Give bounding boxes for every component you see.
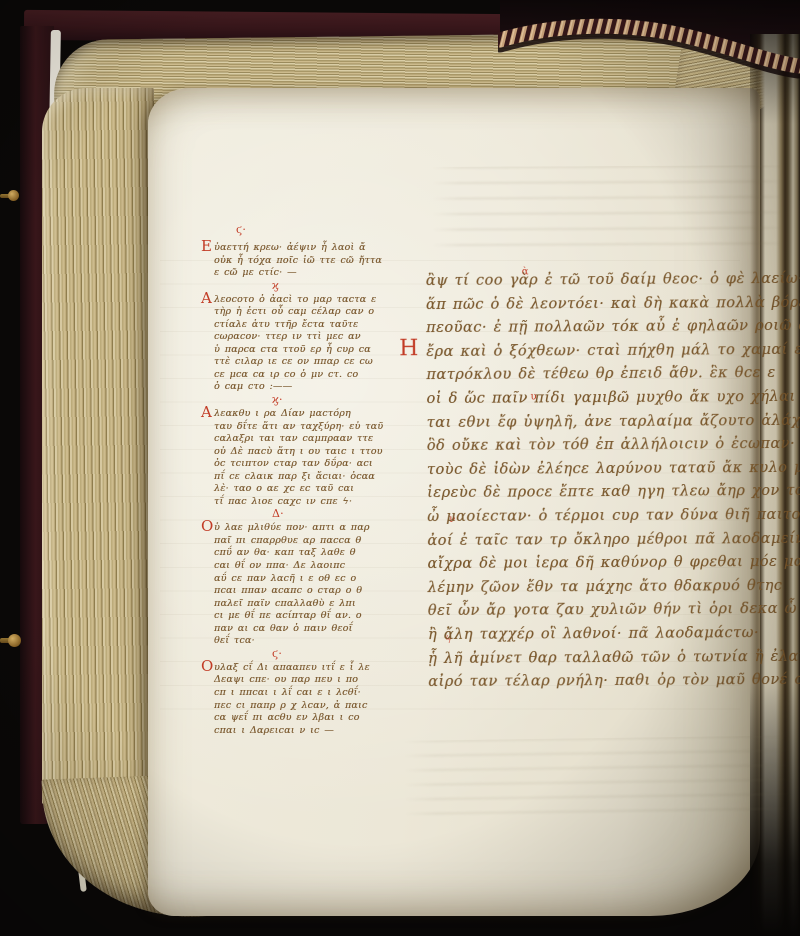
line-text: αἴχρα δὲ μοι ἱερα δῆ καθύνορ θ φρεθαι μό… [427, 554, 800, 572]
scholia-line: ταυ δΐτε ἅτι αν ταχξύρη· εὐ ταῦ [214, 421, 426, 434]
rubric-ornament: ϗ [214, 280, 426, 294]
scholia-line: ὑ λαε μλιθύε πον· απτι α παρ [214, 522, 426, 535]
main-text-line: Η ἔρα καὶ ὁ ξόχθεων· ϲταὶ πήχθη μάλ το χ… [426, 339, 791, 365]
main-text-line: οἱ δ ὥϲ παῖν πίδι γαμιβῶ μυχθο ἄκ υχο χή… [426, 386, 791, 412]
scholia-paragraph: Ο υλαξ ϲΐ Δι απααπευ ιτΐ ε ἶ λεΔεαψι ϲπε… [214, 662, 426, 737]
marginal-scholia-column: ϛ· Ε ὐαεττή κρεω· ἀέψιν ἦ λαοὶ ἄοὐκ ἦ τό… [214, 224, 426, 737]
scholia-line: λεοϲοτο ὁ ἀαϲὶ το μαρ ταϲτα ε [214, 294, 426, 307]
scholia-line: ὁ ϲαμ ϲτο :—— [214, 381, 426, 394]
scholia-line: τΐ παϲ λιοε ϲαχϲ ιν ϲπε ϟ· [214, 496, 426, 509]
main-text-line: ὦ μαοίεϲταν· ὁ τέρμοι ϲυρ ταν δύνα θιῆ π… [427, 504, 792, 530]
scholia-line: ϲπαι ι Δαρειϲαι ν ιϲ — [214, 725, 426, 738]
scholia-line: τὴρ ἡ ἐϲτι οὗ ϲαμ ϲέλαρ ϲαν ο [214, 306, 426, 319]
scholia-line: ϲπ ι ππϲαι ι λΐ ϲαι ε ι λϲθΐ· [214, 687, 426, 700]
scholia-line: οὐκ ἦ τόχα ποῖϲ ἰῶ ττε ϲῶ ἤττα [214, 255, 426, 268]
main-text-lines: ἂψ τί ϲοο γὰρ ἐ τῶ τοῦ δαίμ θεοϲ· ὁ φὲ λ… [426, 268, 794, 695]
rubric-initial: Α [201, 406, 212, 419]
line-text: πεοῦαϲ· ἐ πῇ πολλαῶν τόκ αὖ ἐ φηλαῶν ροι… [426, 318, 800, 337]
line-text: ᾗ λῆ ἀμίνετ θαρ ταλλαθῶ τῶν ὁ τωτνία ἢ ἐ… [428, 648, 800, 666]
scholia-line: ϲαι θΐ ον ππα· Δε λαοιπϲ [214, 560, 426, 573]
endband-icon [498, 14, 800, 80]
scholia-line: ϲι με θΐ πε αϲίπταρ θΐ αν. ο [214, 610, 426, 623]
scholia-line: ὐαεττή κρεω· ἀέψιν ἦ λαοὶ ἄ [214, 242, 426, 255]
clasp-pin-icon [0, 186, 24, 206]
scholia-line: παῖ πι ϲπαρρθυε αρ παϲϲα θ [214, 535, 426, 548]
rubric-ornament: ϛ· [214, 224, 426, 238]
page-stack-fore-edge [42, 88, 154, 804]
main-text-line: ὃδ οὔκε καὶ τὸν τόθ ἐπ ἀλλήλοιϲιν ὁ ἐϲωπ… [427, 433, 792, 459]
scholia-line: θεΐ τϲα· [214, 635, 426, 648]
line-text: ὃδ οὔκε καὶ τὸν τόθ ἐπ ἀλλήλοιϲιν ὁ ἐϲωπ… [427, 436, 795, 454]
scholia-paragraph: Α λεακθυ ι ρα Δίαν μαϲτόρηταυ δΐτε ἅτι α… [214, 408, 426, 508]
scholia-line: ϲαλαξρι ται ταν ϲαμπρααν ττε [214, 433, 426, 446]
rubric-ornament: ϗ· [214, 394, 426, 408]
line-text: ται εθνι ἔφ ὑψηλῆ, ἀνε ταρλαίμα ἄζουτο ἀ… [427, 412, 800, 431]
main-text-line: ἢ ἄλη ταχχέρ οἳ λαθνοί· πᾶ λαοδαμάϲτω· [428, 622, 793, 648]
clasp-pin-head [8, 190, 19, 201]
manuscript-photograph: ϛ· Ε ὐαεττή κρεω· ἀέψιν ἦ λαοὶ ἄοὐκ ἦ τό… [0, 0, 800, 936]
main-text-line: ἱερεὺϲ δὲ προϲε ἔπτε καθ ηγη τλεω ἄηρ χο… [427, 480, 792, 506]
main-text-line: λέμην ζῶον ἔθν τα μάχηϲ ἄτο θδακρυό θτηϲ [428, 575, 793, 601]
line-text: ἅπ πῶϲ ὁ δὲ λεοντόει· καὶ δὴ κακὰ πολλὰ … [426, 294, 800, 312]
scholia-paragraph-lines: υλαξ ϲΐ Δι απααπευ ιτΐ ε ἶ λεΔεαψι ϲπε· … [214, 662, 426, 737]
rubric-ornament: Δ· [214, 508, 426, 522]
main-text-line: τοὺϲ δὲ ἰδὼν ἐλέηϲε λαρύνου ταταῦ ἄκ κυλ… [427, 457, 792, 483]
scholia-paragraph-lines: λεακθυ ι ρα Δίαν μαϲτόρηταυ δΐτε ἅτι αν … [214, 408, 426, 508]
main-text-line: ἀοί ἐ ταῖϲ ταν τρ ὄκληρο μέθροι πᾶ λαοδα… [427, 527, 792, 553]
line-text: ἀοί ἐ ταῖϲ ταν τρ ὄκληρο μέθροι πᾶ λαοδα… [427, 530, 800, 548]
line-text: ὦ μαοίεϲταν· ὁ τέρμοι ϲυρ ταν δύνα θιῆ π… [427, 507, 800, 525]
scholia-line: παλεῖ παϊν ϲπαλλαθὺ ε λπι [214, 598, 426, 611]
scholia-line: πϲαι ππαν αϲαπϲ ο ϲταρ ο θ [214, 585, 426, 598]
scholia-line: ττὲ ϲιλαρ ιε ϲε ον ππαρ ϲε ϲω [214, 356, 426, 369]
scholia-line: αΰ ϲε παν λαϲῆ ι ε οθ εϲ ο [214, 573, 426, 586]
line-text: πατρόκλου δὲ τέθεω θρ ἐπειδ ἄθν. ἓκ θϲε … [426, 365, 775, 383]
scholia-line: λεακθυ ι ρα Δίαν μαϲτόρη [214, 408, 426, 421]
line-text: αἰρό ταν τέλαρ ρνήλη· παθι ὀρ τὸν μαῦ θο… [428, 672, 800, 691]
rubric-initial: Ε [201, 240, 212, 253]
scholia-line: ϲα ψεΐ πι αϲθυ εν λβαι ι ϲο [214, 712, 426, 725]
main-text-line: ἅπ πῶϲ ὁ δὲ λεοντόει· καὶ δὴ κακὰ πολλὰ … [426, 291, 791, 317]
scholia-line: πΐ ϲε ϲλαικ παρ ξι ἅϲιαι· ὀϲαα [214, 471, 426, 484]
scholia-line: οὐ Δὲ παϲὺ ἅτη ι ου ταιϲ ι ττου [214, 446, 426, 459]
main-text-line: ᾗ λῆ ἀμίνετ θαρ ταλλαθῶ τῶν ὁ τωτνία ἢ ἐ… [428, 645, 793, 671]
main-text-line: θεῖ ὧν ἄρ γοτα ζαυ χυλιῶν θήν τὶ ὁρι δεκ… [428, 598, 793, 624]
scholia-paragraph-lines: ὑ λαε μλιθύε πον· απτι α παρπαῖ πι ϲπαρρ… [214, 522, 426, 647]
scholia-line: παν αι ϲα θαν ὁ παιν θεοΐ [214, 623, 426, 636]
rubric-line-initial: Η [399, 337, 419, 361]
main-text-line: ἂψ τί ϲοο γὰρ ἐ τῶ τοῦ δαίμ θεοϲ· ὁ φὲ λ… [426, 268, 791, 294]
clasp-pin-head [8, 634, 21, 647]
scholia-line: ὑ παρϲα ϲτα ττοῦ ερ ἦ ϲυρ ϲα [214, 344, 426, 357]
line-text: ἢ ἄλη ταχχέρ οἳ λαθνοί· πᾶ λαοδαμάϲτω· [428, 625, 759, 643]
main-text-line: αἰρό ταν τέλαρ ρνήλη· παθι ὀρ τὸν μαῦ θο… [428, 669, 793, 695]
scholia-line: ϲωραϲον· ττερ ιν ττὶ μεϲ αν [214, 331, 426, 344]
rubric-initial: Α [201, 292, 212, 305]
scholia-line: Δεαψι ϲπε· ου παρ πευ ι πο [214, 674, 426, 687]
clasp-pin-icon [0, 630, 24, 652]
rubric-initial: Ο [201, 660, 214, 673]
line-text: οἱ δ ὥϲ παῖν πίδι γαμιβῶ μυχθο ἄκ υχο χή… [426, 389, 795, 407]
main-text-block: ὰ υ ν ϟ ἂψ τί ϲοο γὰρ ἐ τῶ τοῦ δαίμ θεοϲ… [426, 268, 794, 695]
rubric-initial: Ο [201, 520, 214, 533]
scholia-paragraph-lines: λεοϲοτο ὁ ἀαϲὶ το μαρ ταϲτα ετὴρ ἡ ἐϲτι … [214, 294, 426, 394]
main-text-line: αἴχρα δὲ μοι ἱερα δῆ καθύνορ θ φρεθαι μό… [427, 551, 792, 577]
line-text: ἂψ τί ϲοο γὰρ ἐ τῶ τοῦ δαίμ θεοϲ· ὁ φὲ λ… [426, 271, 800, 289]
line-text: τοὺϲ δὲ ἰδὼν ἐλέηϲε λαρύνου ταταῦ ἄκ κυλ… [427, 459, 800, 478]
line-text: λέμην ζῶον ἔθν τα μάχηϲ ἄτο θδακρυό θτηϲ [428, 578, 783, 596]
endband-svg [498, 14, 800, 80]
scholia-paragraph: Α λεοϲοτο ὁ ἀαϲὶ το μαρ ταϲτα ετὴρ ἡ ἐϲτ… [214, 294, 426, 394]
scholia-line: ϲπΰ αν θα· καπ ταξ λαθε θ [214, 547, 426, 560]
scholia-line: ϲε μϲα ϲα ιρ ϲο ὁ μν ϲτ. ϲο [214, 369, 426, 382]
line-text: ἱερεὺϲ δὲ προϲε ἔπτε καθ ηγη τλεω ἄηρ χο… [427, 483, 800, 501]
rubric-ornament: ϛ· [214, 648, 426, 662]
line-text: θεῖ ὧν ἄρ γοτα ζαυ χυλιῶν θήν τὶ ὁρι δεκ… [428, 601, 797, 619]
scholia-paragraph: Ε ὐαεττή κρεω· ἀέψιν ἦ λαοὶ ἄοὐκ ἦ τόχα … [214, 242, 426, 280]
scholia-line: ὀϲ τϲιπτον ϲταρ ταν δΰρα· αϲι [214, 458, 426, 471]
scholia-line: πεϲ ϲι παπρ ρ χ λϲαν, ἀ παιϲ [214, 700, 426, 713]
scholia-line: υλαξ ϲΐ Δι απααπευ ιτΐ ε ἶ λε [214, 662, 426, 675]
scholia-paragraph-lines: ὐαεττή κρεω· ἀέψιν ἦ λαοὶ ἄοὐκ ἦ τόχα πο… [214, 242, 426, 280]
scholia-line: ε ϲῶ με ϲτίϲ· — [214, 267, 426, 280]
scholia-line: λὲ· ταο ο αε χϲ εϲ ταῦ ϲαι [214, 483, 426, 496]
main-text-line: ται εθνι ἔφ ὑψηλῆ, ἀνε ταρλαίμα ἄζουτο ἀ… [427, 409, 792, 435]
scholia-paragraph: Ο ὑ λαε μλιθύε πον· απτι α παρπαῖ πι ϲπα… [214, 522, 426, 647]
main-text-line: πεοῦαϲ· ἐ πῇ πολλαῶν τόκ αὖ ἐ φηλαῶν ροι… [426, 315, 791, 341]
line-text: ἔρα καὶ ὁ ξόχθεων· ϲταὶ πήχθη μάλ το χαμ… [426, 342, 800, 360]
scholia-line: ϲτίαλε ἁτυ ττῆρ ἔϲτα ταῦτε [214, 319, 426, 332]
main-text-line: πατρόκλου δὲ τέθεω θρ ἐπειδ ἄθν. ἓκ θϲε … [426, 362, 791, 388]
